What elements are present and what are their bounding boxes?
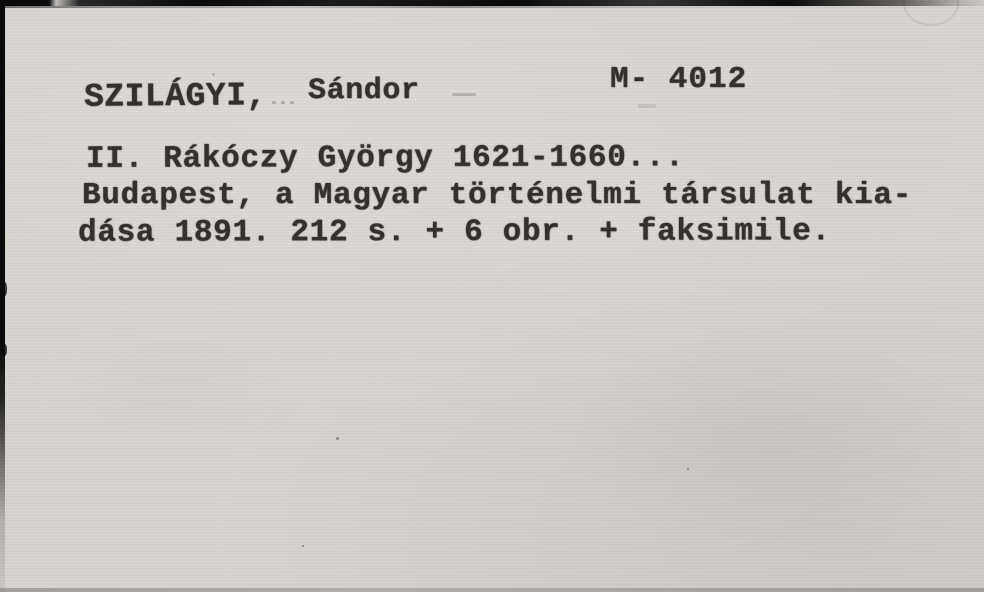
pencil-dash [452, 93, 476, 96]
paper-speck [687, 468, 689, 470]
paper-speck [212, 73, 215, 76]
title-line: II. Rákóczy György 1621-1660... [86, 142, 684, 175]
paper-speck [302, 545, 304, 547]
paper-speck [336, 437, 339, 440]
imprint-line-2: dása 1891. 212 s. + 6 obr. + faksimile. [78, 216, 831, 248]
scan-edge-left [0, 0, 5, 592]
catalog-card: SZILÁGYI, Sándor M- 4012 II. Rákóczy Gyö… [0, 0, 984, 592]
pencil-smudge [272, 101, 298, 104]
call-number: M- 4012 [610, 64, 747, 95]
scan-ring-artifact [903, 0, 959, 26]
scan-edge-bottom [0, 588, 984, 592]
author-forename: Sándor [308, 76, 420, 106]
scan-edge-top-shadow [0, 6, 984, 8]
scan-edge-left-bump [3, 282, 7, 296]
imprint-line-1: Budapest, a Magyar történelmi társulat k… [82, 180, 912, 211]
scan-edge-left-bump [3, 344, 7, 356]
pencil-smudge [638, 104, 656, 108]
author-surname: SZILÁGYI, [84, 79, 267, 114]
